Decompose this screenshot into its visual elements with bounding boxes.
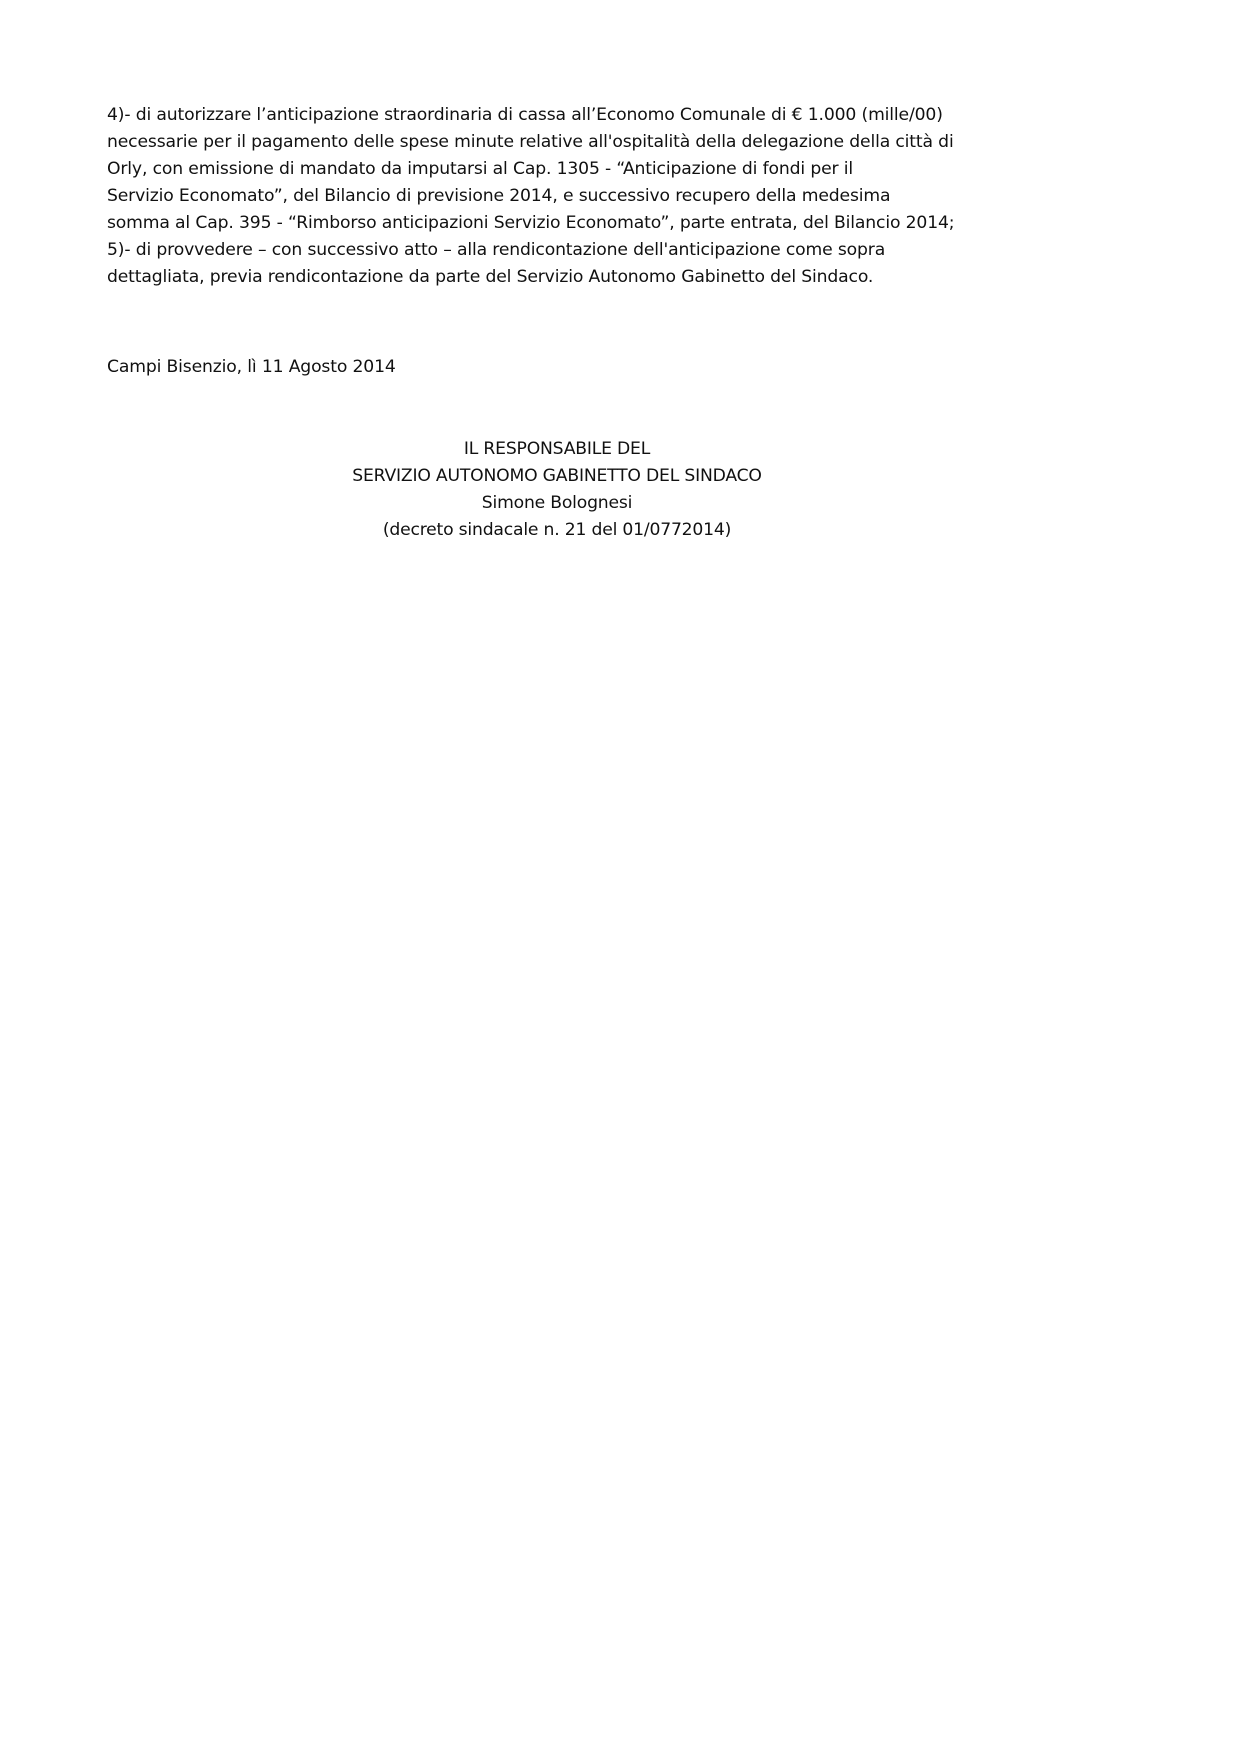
signature-title-line1: IL RESPONSABILE DEL <box>307 436 807 463</box>
body-line: dettagliata, previa rendicontazione da p… <box>107 264 1107 291</box>
document-page: 4)- di autorizzare l’anticipazione strao… <box>0 0 1239 1753</box>
place-and-date: Campi Bisenzio, lì 11 Agosto 2014 <box>107 354 396 381</box>
signature-block: IL RESPONSABILE DEL SERVIZIO AUTONOMO GA… <box>307 436 807 544</box>
resolution-body: 4)- di autorizzare l’anticipazione strao… <box>107 102 1107 291</box>
body-line: Orly, con emissione di mandato da imputa… <box>107 156 1107 183</box>
body-line: Servizio Economato”, del Bilancio di pre… <box>107 183 1107 210</box>
signatory-decree: (decreto sindacale n. 21 del 01/0772014) <box>307 517 807 544</box>
body-line: necessarie per il pagamento delle spese … <box>107 129 1107 156</box>
body-line: somma al Cap. 395 - “Rimborso anticipazi… <box>107 210 1107 237</box>
body-line: 5)- di provvedere – con successivo atto … <box>107 237 1107 264</box>
body-line: 4)- di autorizzare l’anticipazione strao… <box>107 102 1107 129</box>
signatory-name: Simone Bolognesi <box>307 490 807 517</box>
signature-title-line2: SERVIZIO AUTONOMO GABINETTO DEL SINDACO <box>307 463 807 490</box>
